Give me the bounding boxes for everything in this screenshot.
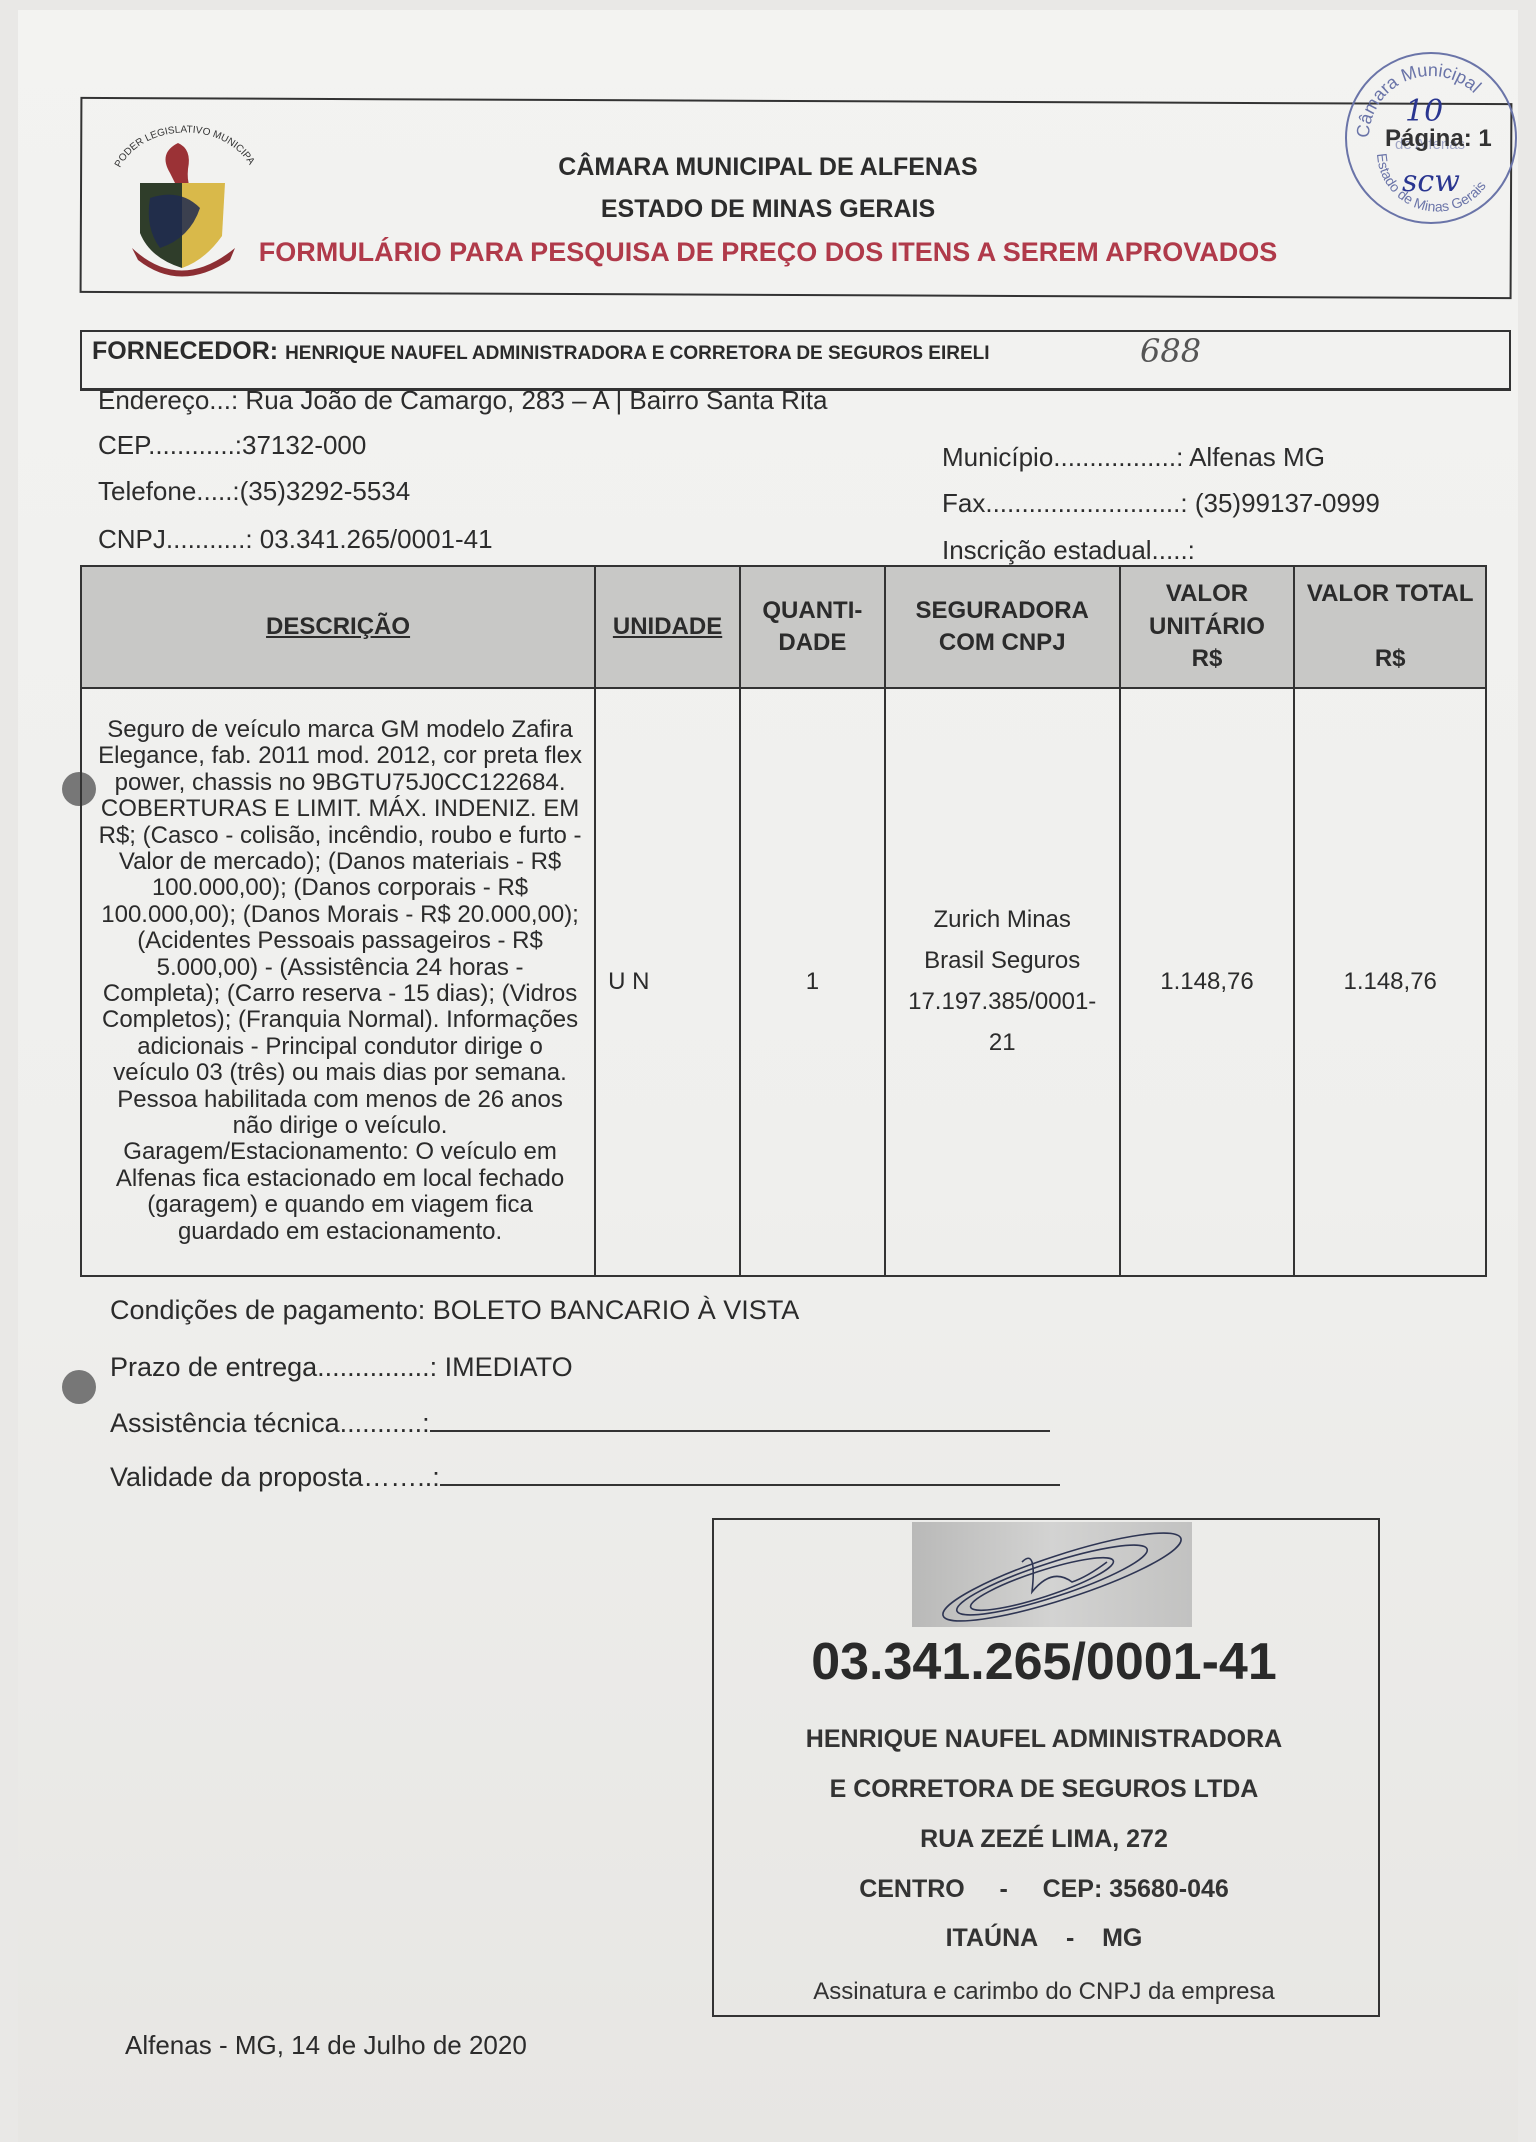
col-header-valor-unitario: VALORUNITÁRIOR$ bbox=[1120, 566, 1295, 688]
proposal-validity-row: Validade da proposta……..: bbox=[110, 1462, 1060, 1493]
stamp-cnpj: 03.341.265/0001-41 bbox=[712, 1632, 1376, 1692]
cell-valor-total: 1.148,76 bbox=[1294, 688, 1486, 1276]
col-header-descricao: DESCRIÇÃO bbox=[81, 566, 595, 688]
signature-caption: Assinatura e carimbo do CNPJ da empresa bbox=[712, 1978, 1376, 2006]
signature-image bbox=[912, 1522, 1192, 1627]
state-name: ESTADO DE MINAS GERAIS bbox=[0, 195, 1536, 224]
proposal-validity-label: Validade da proposta……..: bbox=[110, 1462, 440, 1492]
cell-seguradora: Zurich Minas Brasil Seguros 17.197.385/0… bbox=[885, 688, 1120, 1276]
proposal-validity-blank bbox=[440, 1462, 1060, 1486]
supplier-label: FORNECEDOR: bbox=[92, 337, 278, 365]
supplier-fax: Fax...........................: (35)9913… bbox=[942, 488, 1380, 519]
technical-assistance-blank bbox=[430, 1408, 1050, 1432]
supplier-state-registration: Inscrição estadual.....: bbox=[942, 535, 1195, 566]
supplier-phone: Telefone.....:(35)3292-5534 bbox=[98, 476, 410, 507]
supplier-cep: CEP............:37132-000 bbox=[98, 430, 366, 461]
stamp-company-line2: E CORRETORA DE SEGUROS LTDA bbox=[712, 1775, 1376, 1804]
col-header-seguradora: SEGURADORACOM CNPJ bbox=[885, 566, 1120, 688]
payment-conditions: Condições de pagamento: BOLETO BANCARIO … bbox=[110, 1295, 799, 1326]
stamp-initials: scw bbox=[1402, 164, 1460, 199]
stamp-bairro-cep: CENTRO - CEP: 35680-046 bbox=[712, 1875, 1376, 1904]
table-row: Seguro de veículo marca GM modelo Zafira… bbox=[81, 688, 1486, 1276]
cell-descricao: Seguro de veículo marca GM modelo Zafira… bbox=[81, 688, 595, 1276]
cell-quantidade: 1 bbox=[740, 688, 885, 1276]
binder-hole bbox=[62, 1370, 96, 1404]
cell-valor-unitario: 1.148,76 bbox=[1120, 688, 1295, 1276]
col-header-unidade: UNIDADE bbox=[595, 566, 740, 688]
supplier-municipio: Município.................: Alfenas MG bbox=[942, 442, 1325, 473]
stamp-company-line1: HENRIQUE NAUFEL ADMINISTRADORA bbox=[712, 1725, 1376, 1754]
col-header-quantidade: QUANTI-DADE bbox=[740, 566, 885, 688]
price-table: DESCRIÇÃO UNIDADE QUANTI-DADE SEGURADORA… bbox=[80, 565, 1487, 1277]
supplier-name: HENRIQUE NAUFEL ADMINISTRADORA E CORRETO… bbox=[285, 343, 989, 364]
institution-name: CÂMARA MUNICIPAL DE ALFENAS bbox=[0, 153, 1536, 182]
stamp-city: ITAÚNA - MG bbox=[712, 1924, 1376, 1953]
supplier-cnpj: CNPJ...........: 03.341.265/0001-41 bbox=[98, 524, 493, 555]
delivery-deadline: Prazo de entrega...............: IMEDIAT… bbox=[110, 1352, 573, 1383]
handwritten-note: 688 bbox=[1140, 332, 1201, 370]
table-header-row: DESCRIÇÃO UNIDADE QUANTI-DADE SEGURADORA… bbox=[81, 566, 1486, 688]
cell-unidade: U N bbox=[595, 688, 740, 1276]
technical-assistance-label: Assistência técnica...........: bbox=[110, 1408, 430, 1438]
document-date: Alfenas - MG, 14 de Julho de 2020 bbox=[125, 2030, 527, 2061]
page-number: Página: 1 bbox=[1385, 125, 1492, 153]
supplier-line: FORNECEDOR: HENRIQUE NAUFEL ADMINISTRADO… bbox=[92, 337, 990, 366]
supplier-address: Endereço...: Rua João de Camargo, 283 – … bbox=[98, 385, 827, 416]
form-title: FORMULÁRIO PARA PESQUISA DE PREÇO DOS IT… bbox=[0, 237, 1536, 268]
technical-assistance-row: Assistência técnica...........: bbox=[110, 1408, 1050, 1439]
stamp-handwritten-number: 10 bbox=[1405, 94, 1443, 129]
stamp-address: RUA ZEZÉ LIMA, 272 bbox=[712, 1825, 1376, 1854]
col-header-valor-total: VALOR TOTALR$ bbox=[1294, 566, 1486, 688]
